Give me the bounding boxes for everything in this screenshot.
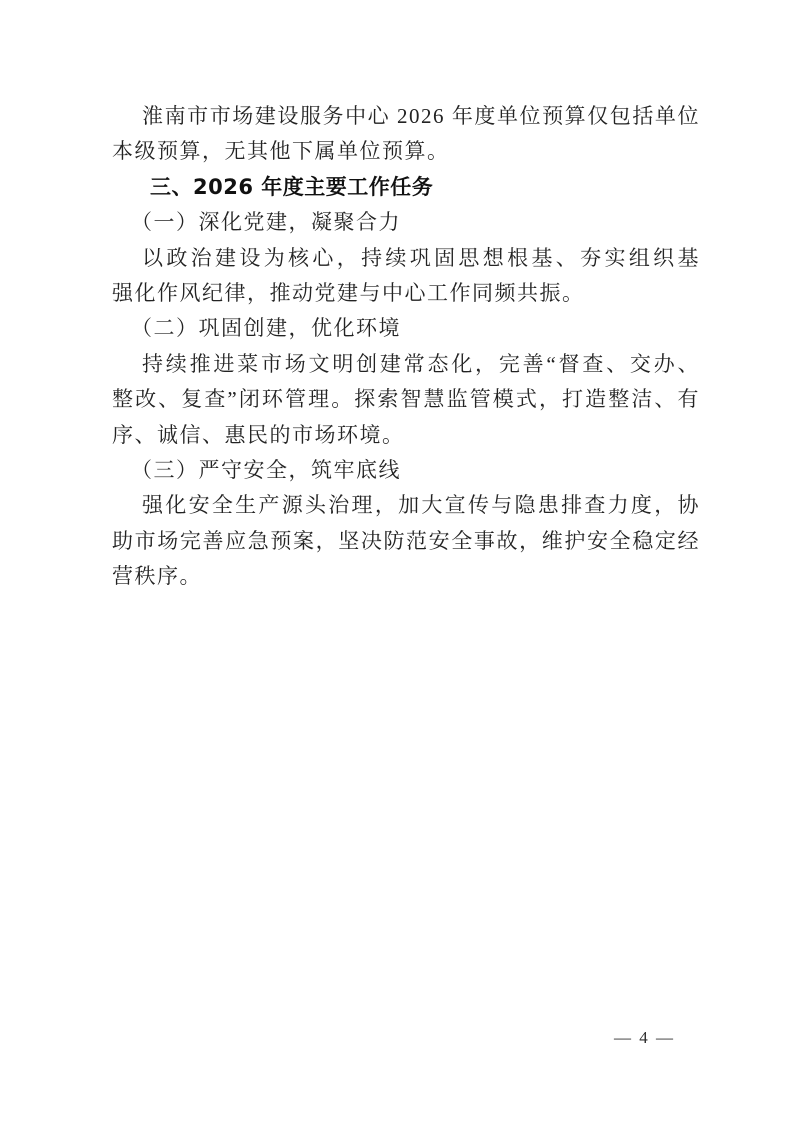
page-number: — 4 —: [614, 1028, 675, 1048]
document-page: 淮南市市场建设服务中心 2026 年度单位预算仅包括单位 本级预算，无其他下属单…: [0, 0, 793, 1122]
subsection-3-body-line-3: 营秩序。: [112, 559, 700, 594]
subsection-1-title: （一）深化党建，凝聚合力: [112, 205, 700, 240]
document-body: 淮南市市场建设服务中心 2026 年度单位预算仅包括单位 本级预算，无其他下属单…: [112, 99, 700, 594]
subsection-1-body-line-2: 强化作风纪律，推动党建与中心工作同频共振。: [112, 276, 700, 311]
subsection-1-body-line-1: 以政治建设为核心，持续巩固思想根基、夯实组织基础、: [112, 241, 700, 276]
intro-line-1: 淮南市市场建设服务中心 2026 年度单位预算仅包括单位: [112, 99, 700, 134]
subsection-3-body-line-2: 助市场完善应急预案，坚决防范安全事故，维护安全稳定经: [112, 524, 700, 559]
subsection-3-body-line-1: 强化安全生产源头治理，加大宣传与隐患排查力度，协: [112, 488, 700, 523]
section-heading: 三、2026 年度主要工作任务: [112, 170, 700, 205]
subsection-2-body-line-3: 序、诚信、惠民的市场环境。: [112, 418, 700, 453]
subsection-3-title: （三）严守安全，筑牢底线: [112, 453, 700, 488]
intro-line-2: 本级预算，无其他下属单位预算。: [112, 134, 700, 169]
subsection-2-body-line-2: 整改、复查”闭环管理。探索智慧监管模式，打造整洁、有: [112, 382, 700, 417]
subsection-2-title: （二）巩固创建，优化环境: [112, 311, 700, 346]
subsection-2-body-line-1: 持续推进菜市场文明创建常态化，完善“督查、交办、: [112, 347, 700, 382]
